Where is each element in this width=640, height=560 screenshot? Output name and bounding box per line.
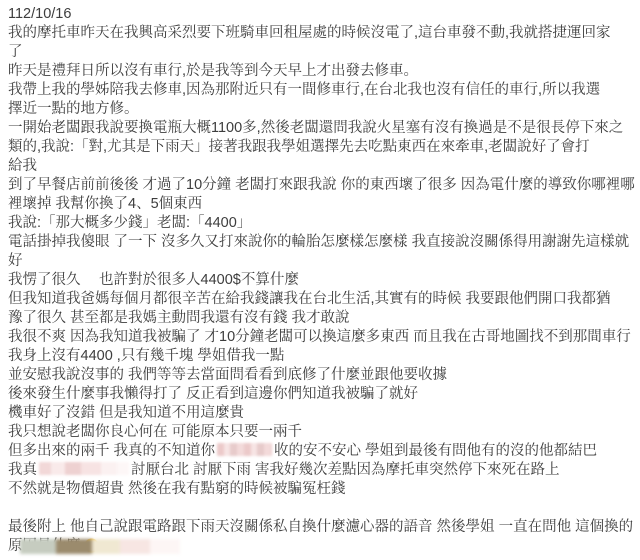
post-line: 給我 [8, 157, 636, 176]
post-line: 機車好了沒錯 但是我知道不用這麼貴 [8, 404, 636, 423]
post-line-text: 收的安不安心 學姐到最後有問他有的沒的他都結巴 [274, 443, 597, 459]
post-line: 我愣了很久 也許對於很多人4400$不算什麼 [8, 271, 636, 290]
post-line: 我身上沒有4400 ,只有幾千塊 學姐借我一點 [8, 347, 636, 366]
mosaic-redaction [20, 539, 180, 554]
post-content: 112/10/16 我的摩托車昨天在我興高采烈要下班騎車回租屋處的時候沒電了,這… [0, 0, 640, 556]
post-line: 我說:「那大概多少錢」老闆:「4400」 [8, 214, 636, 233]
post-line: 類的,我說:「對,尤其是下雨天」接著我跟我學姐選擇先去吃點東西在來牽車,老闆說好… [8, 138, 636, 157]
post-line: 好 [8, 252, 636, 271]
post-line: 最後附上 他自己說跟電路跟下雨天沒關係私自換什麼濾心器的語音 然後學姐 一直在問… [8, 518, 636, 537]
mosaic-redaction-line [8, 499, 636, 518]
post-line: 一開始老闆跟我說要換電瓶大概1100多,然後老闆還問我說火星塞有沒有換過是不是很… [8, 119, 636, 138]
post-line: 並安慰我說沒事的 我們等等去當面問看看到底修了什麼並跟他要收據 [8, 366, 636, 385]
redacted-text-blur [39, 462, 129, 475]
post-line: 昨天是禮拜日所以沒有車行,於是我等到今天早上才出發去修車。 [8, 62, 636, 81]
post-line: 後來發生什麼事我懶得打了 反正看到這邊你們知道我被騙了就好 [8, 385, 636, 404]
post-line-text: 討厭台北 討厭下雨 害我好幾次差點因為摩托車突然停下來死在路上 [131, 462, 560, 478]
post-line: 我只想說老闆你良心何在 可能原本只要一兩千 [8, 423, 636, 442]
post-line: 擇近一點的地方修。 [8, 100, 636, 119]
post-line: 我的摩托車昨天在我興高采烈要下班騎車回租屋處的時候沒電了,這台車發不動,我就搭捷… [8, 24, 636, 43]
post-line: 到了早餐店前前後後 才過了10分鐘 老闆打來跟我說 你的東西壞了很多 因為電什麼… [8, 176, 636, 195]
post-line-with-redaction: 我真討厭台北 討厭下雨 害我好幾次差點因為摩托車突然停下來死在路上 [8, 461, 636, 480]
post-line: 了 [8, 43, 636, 62]
post-line: 我帶上我的學姊陪我去修車,因為那附近只有一間修車行,在台北我也沒有信任的車行,所… [8, 81, 636, 100]
post-line-with-redaction: 但多出來的兩千 我真的不知道你收的安不安心 學姐到最後有問他有的沒的他都結巴 [8, 442, 636, 461]
post-line: 我很不爽 因為我知道我被騙了 才10分鐘老闆可以換這麼多東西 而且我在古哥地圖找… [8, 328, 636, 347]
redacted-text-blur [217, 443, 272, 456]
post-line: 電話掛掉我傻眼 了一下 沒多久又打來說你的輪胎怎麼樣怎麼樣 我直接說沒關係得用謝… [8, 233, 636, 252]
post-line: 豫了很久 甚至都是我媽主動問我還有沒有錢 我才敢說 [8, 309, 636, 328]
post-line: 但我知道我爸媽每個月都很辛苦在給我錢讓我在台北生活,其實有的時候 我要跟他們開口… [8, 290, 636, 309]
post-date: 112/10/16 [8, 5, 636, 24]
post-line-text: 但多出來的兩千 我真的不知道你 [8, 443, 215, 459]
post-line: 裡壞掉 我幫你換了4、5個東西 [8, 195, 636, 214]
post-line: 不然就是物價超貴 然後在我有點窮的時候被騙冤枉錢 [8, 480, 636, 499]
post-line-text: 我真 [8, 462, 37, 478]
